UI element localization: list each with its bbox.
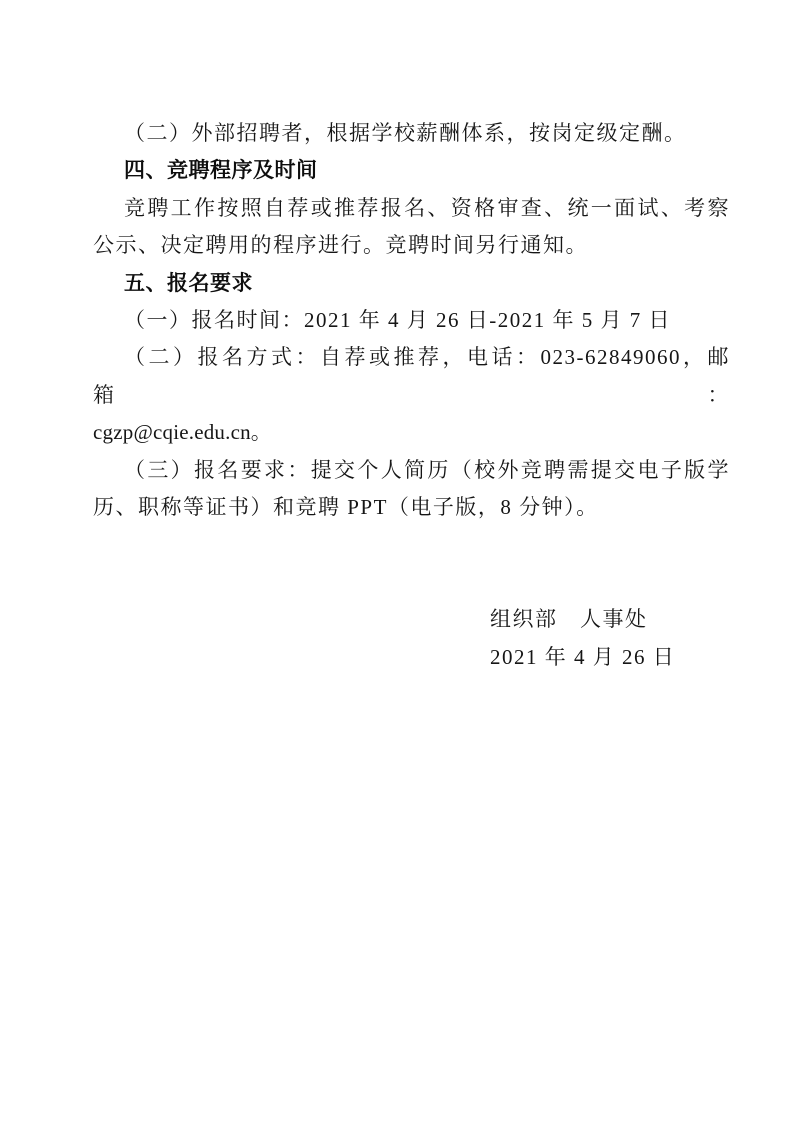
paragraph-line: （二）外部招聘者，根据学校薪酬体系，按岗定级定酬。 [93,115,730,152]
section-heading-signup: 五、报名要求 [93,265,730,302]
signup-requirement-line: （三）报名要求：提交个人简历（校外竞聘需提交电子版学 [93,452,730,489]
signature-date: 2021 年 4 月 26 日 [490,639,730,676]
paragraph-line: 公示、决定聘用的程序进行。竞聘时间另行通知。 [93,227,730,264]
document-body: （二）外部招聘者，根据学校薪酬体系，按岗定级定酬。 四、竞聘程序及时间 竞聘工作… [93,115,730,676]
signature-org: 组织部 人事处 [490,601,730,638]
email-line: cgzp@cqie.edu.cn。 [93,414,730,451]
signup-time-line: （一）报名时间：2021 年 4 月 26 日-2021 年 5 月 7 日 [93,302,730,339]
signup-method-line: （二）报名方式：自荐或推荐，电话：023-62849060，邮箱： [93,339,730,414]
paragraph-line: 历、职称等证书）和竞聘 PPT（电子版，8 分钟）。 [93,489,730,526]
paragraph-line: 竞聘工作按照自荐或推荐报名、资格审查、统一面试、考察 [93,190,730,227]
signature-block: 组织部 人事处 2021 年 4 月 26 日 [490,601,730,676]
document-page: （二）外部招聘者，根据学校薪酬体系，按岗定级定酬。 四、竞聘程序及时间 竞聘工作… [0,0,793,1122]
section-heading-procedure: 四、竞聘程序及时间 [93,152,730,189]
